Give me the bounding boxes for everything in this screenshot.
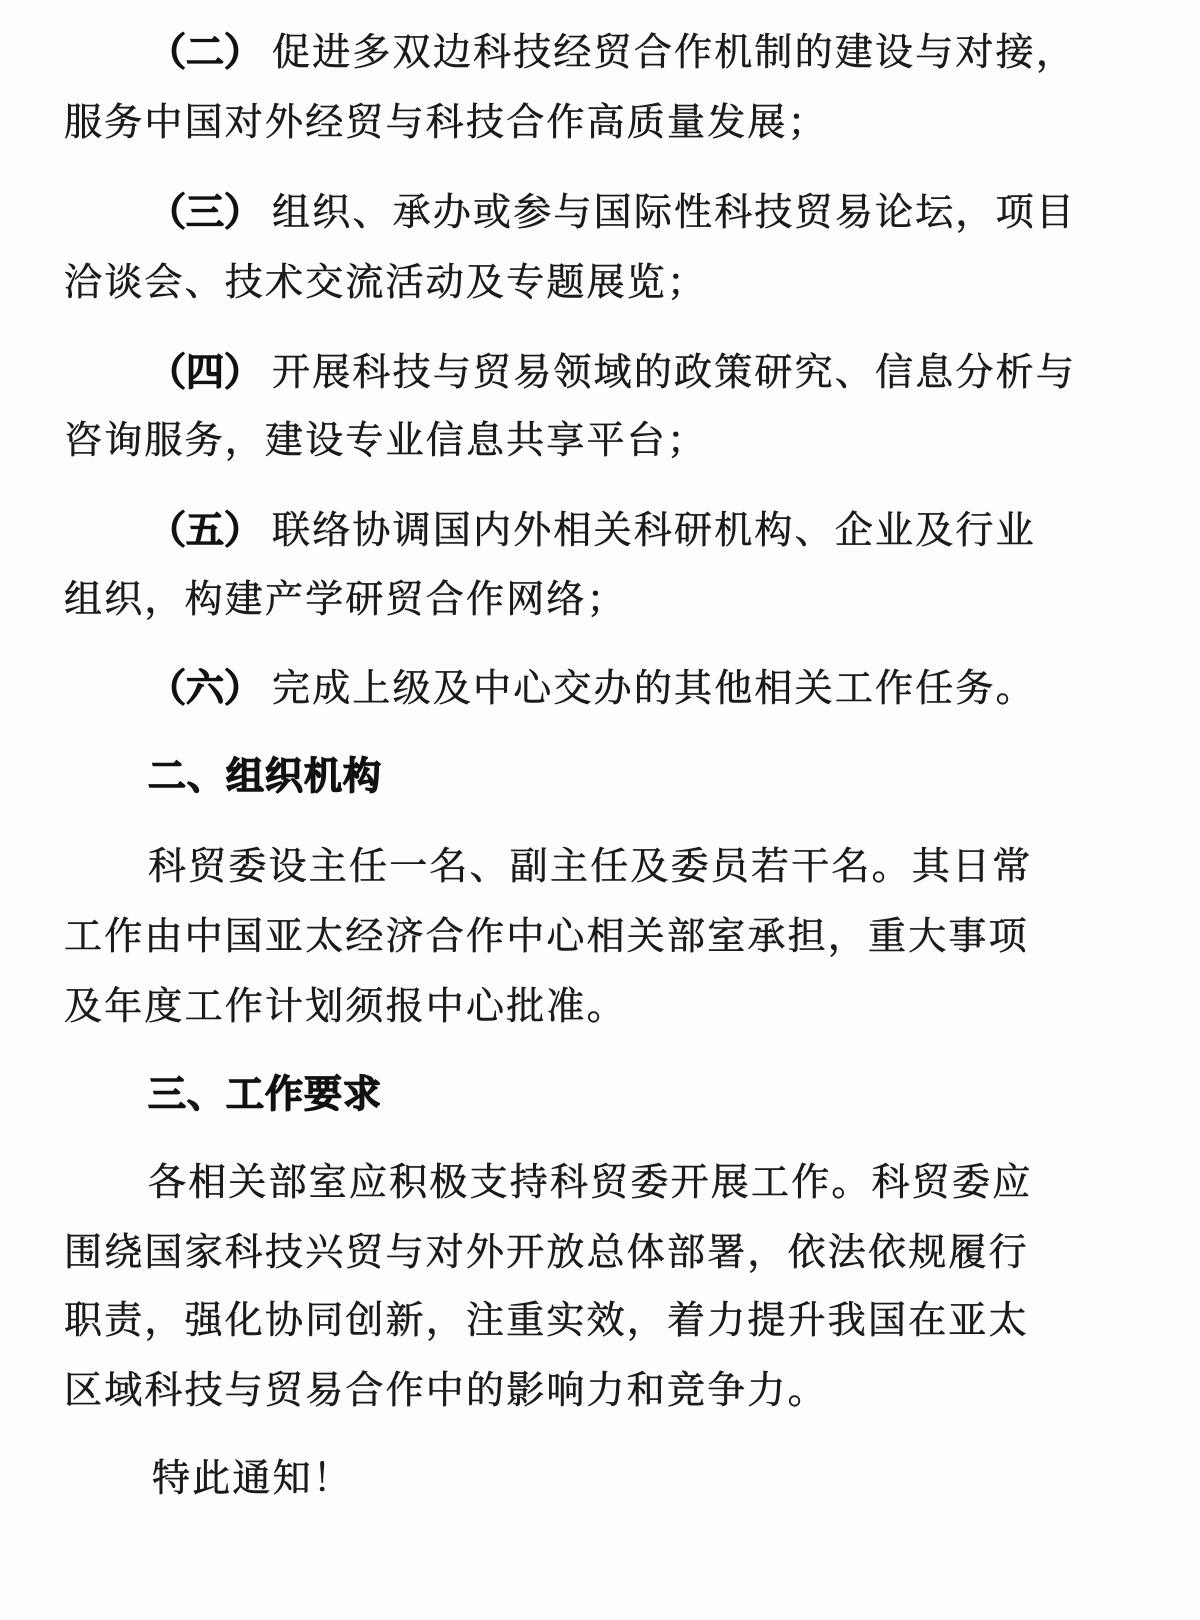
item-2-line-1: （二）促进多双边科技经贸合作机制的建设与对接，	[148, 28, 1076, 76]
section-2-heading: 二、组织机构	[148, 752, 382, 800]
section-2-line-1: 科贸委设主任一名、副主任及委员若干名。其日常	[148, 842, 1032, 890]
item-6-marker: （六）	[148, 666, 262, 710]
item-2-marker: （二）	[148, 30, 262, 74]
item-6-line-1: （六）完成上级及中心交办的其他相关工作任务。	[148, 664, 1036, 712]
section-3-line-2: 围绕国家科技兴贸与对外开放总体部署，依法依规履行	[64, 1228, 1029, 1276]
section-3-line-3: 职责，强化协同创新，注重实效，着力提升我国在亚太	[64, 1296, 1029, 1344]
item-3-line-1: （三）组织、承办或参与国际性科技贸易论坛，项目	[148, 188, 1076, 236]
closing-text: 特此通知！	[152, 1454, 353, 1502]
item-4-text-1: 开展科技与贸易领域的政策研究、信息分析与	[272, 350, 1076, 394]
item-3-marker: （三）	[148, 190, 262, 234]
item-6-text-1: 完成上级及中心交办的其他相关工作任务。	[272, 666, 1036, 710]
section-3-heading: 三、工作要求	[148, 1070, 382, 1118]
item-4-line-1: （四）开展科技与贸易领域的政策研究、信息分析与	[148, 348, 1076, 396]
section-3-line-1: 各相关部室应积极支持科贸委开展工作。科贸委应	[148, 1158, 1032, 1206]
section-2-line-3: 及年度工作计划须报中心批准。	[64, 982, 627, 1030]
section-3-line-4: 区域科技与贸易合作中的影响力和竞争力。	[64, 1366, 828, 1414]
item-5-text-1: 联络协调国内外相关科研机构、企业及行业	[272, 508, 1036, 552]
item-5-marker: （五）	[148, 508, 262, 552]
item-3-text-1: 组织、承办或参与国际性科技贸易论坛，项目	[272, 190, 1076, 234]
document-page: （二）促进多双边科技经贸合作机制的建设与对接， 服务中国对外经贸与科技合作高质量…	[0, 0, 1200, 1620]
item-2-text-1: 促进多双边科技经贸合作机制的建设与对接，	[272, 30, 1076, 74]
item-4-line-2: 咨询服务，建设专业信息共享平台；	[64, 416, 707, 464]
item-2-line-2: 服务中国对外经贸与科技合作高质量发展；	[64, 98, 828, 146]
item-4-marker: （四）	[148, 350, 262, 394]
item-3-line-2: 洽谈会、技术交流活动及专题展览；	[64, 258, 707, 306]
section-2-line-2: 工作由中国亚太经济合作中心相关部室承担，重大事项	[64, 912, 1029, 960]
item-5-line-1: （五）联络协调国内外相关科研机构、企业及行业	[148, 506, 1036, 554]
item-5-line-2: 组织，构建产学研贸合作网络；	[64, 575, 627, 623]
